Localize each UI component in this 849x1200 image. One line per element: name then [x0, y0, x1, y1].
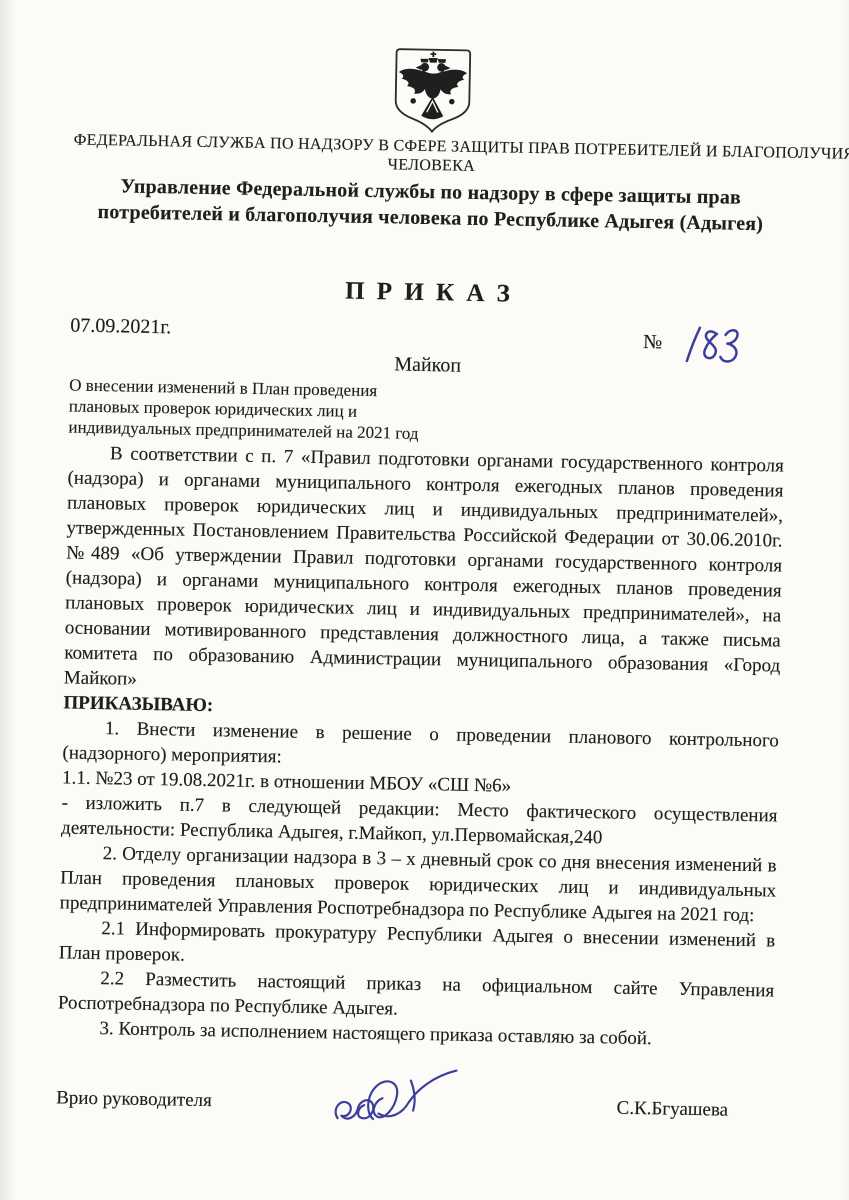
order-date: 07.09.2021г.	[70, 314, 171, 339]
signature-block: Врио руководителя С.К.Бгуашева	[56, 1086, 772, 1129]
paragraph-preamble: В соответствии с п. 7 «Правил подготовки…	[64, 440, 784, 703]
order-number: №	[643, 331, 786, 357]
document-title: П Р И К А З	[71, 272, 787, 313]
document-content: ФЕДЕРАЛЬНАЯ СЛУЖБА ПО НАДЗОРУ В СФЕРЕ ЗА…	[56, 40, 792, 1130]
handwritten-number-icon	[668, 321, 753, 369]
agency-unit-name: Управление Федеральной службы по надзору…	[72, 173, 789, 238]
order-subject: О внесении изменений в План проведения п…	[68, 374, 785, 450]
number-sign: №	[643, 331, 663, 354]
signer-position: Врио руководителя	[56, 1086, 212, 1112]
order-body: В соответствии с п. 7 «Правил подготовки…	[57, 440, 784, 1053]
signer-name: С.К.Бгуашева	[616, 1097, 772, 1123]
scanned-order-page: ФЕДЕРАЛЬНАЯ СЛУЖБА ПО НАДЗОРУ В СФЕРЕ ЗА…	[0, 0, 849, 1200]
letterhead: ФЕДЕРАЛЬНАЯ СЛУЖБА ПО НАДЗОРУ В СФЕРЕ ЗА…	[72, 40, 791, 238]
coat-of-arms-icon	[390, 45, 476, 139]
signature-icon	[325, 1055, 463, 1149]
paragraph-item-2: 2. Отделу организации надзора в 3 – х дн…	[60, 840, 777, 928]
